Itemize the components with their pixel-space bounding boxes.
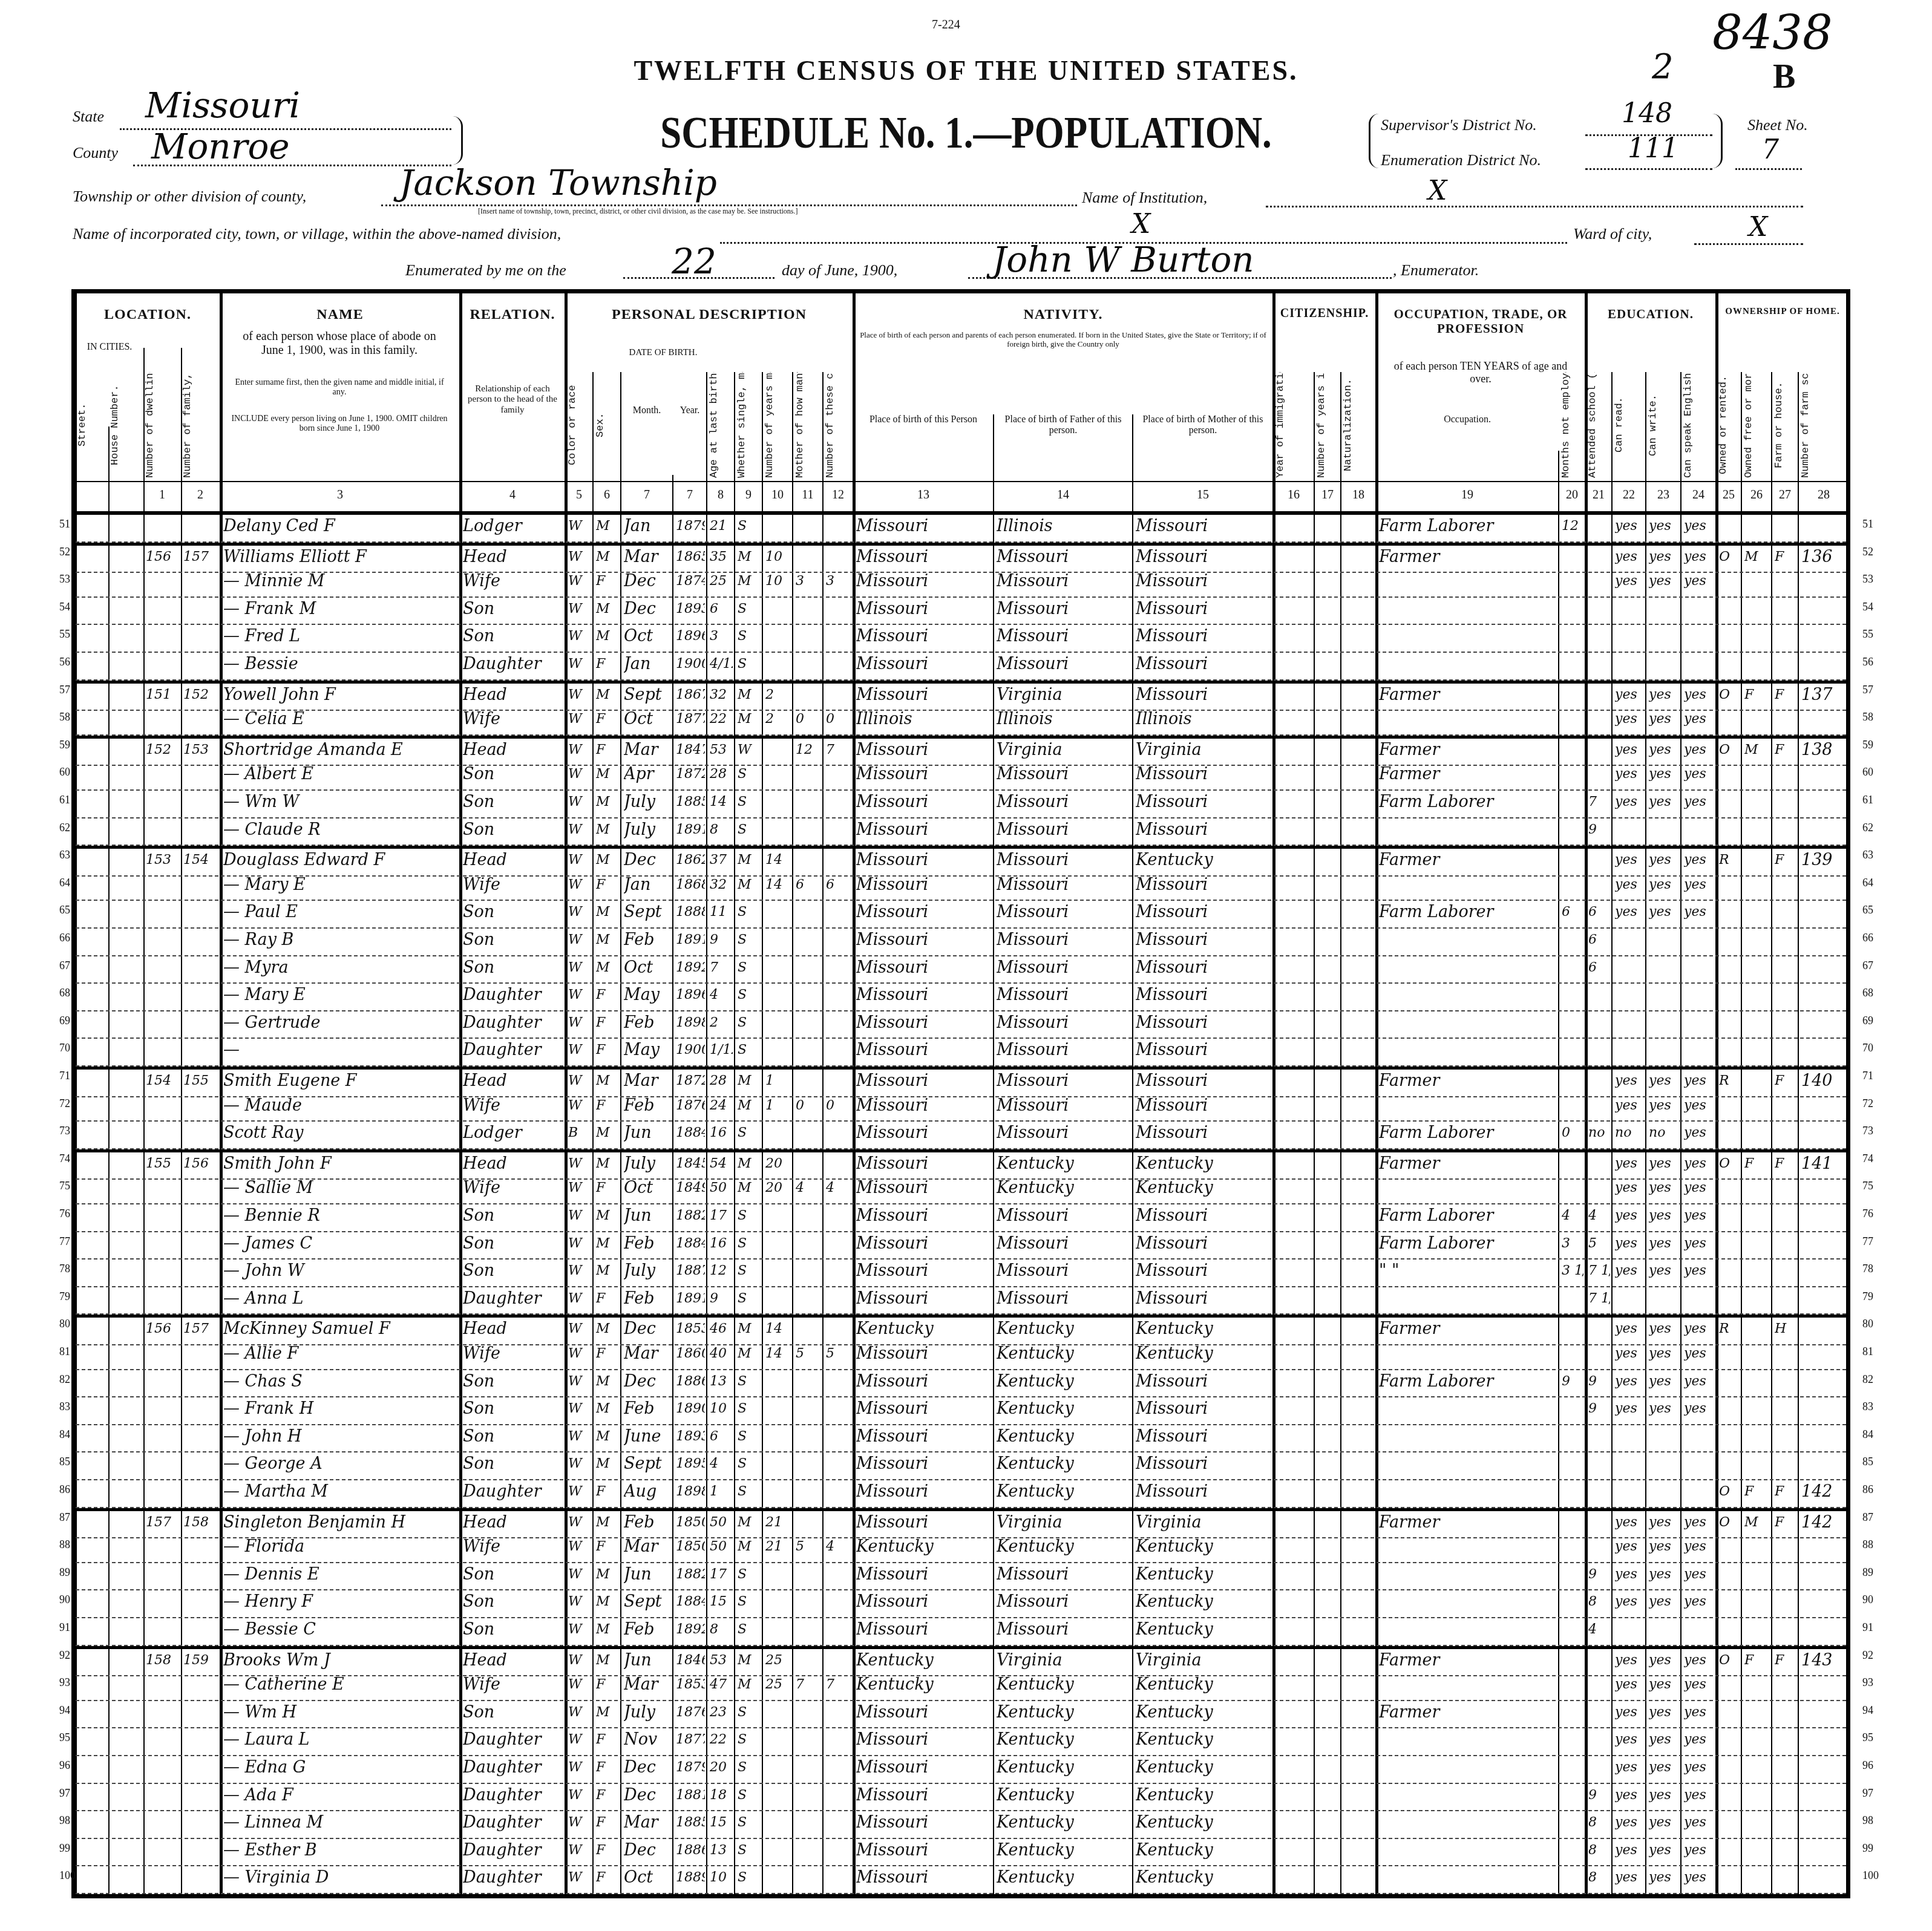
cell-farm: F <box>1775 740 1796 760</box>
line-number: 56 <box>59 656 70 668</box>
cell-english: yes <box>1684 1730 1714 1750</box>
line-number: 66 <box>1862 932 1873 944</box>
cell-month: Dec <box>624 1757 671 1778</box>
cell-family: 152 <box>183 685 218 705</box>
cell-age: 8 <box>710 820 733 840</box>
cell-mortgage: M <box>1744 1512 1770 1533</box>
line-number: 84 <box>59 1428 70 1441</box>
cell-year: 1853 <box>676 1319 705 1339</box>
cell-children-born: 5 <box>796 1537 821 1557</box>
cell-month: Mar <box>624 1071 671 1091</box>
cell-year: 1874 <box>676 571 705 592</box>
cell-write: yes <box>1649 709 1679 730</box>
column-number: 3 <box>221 488 459 502</box>
cell-age: 10 <box>710 1867 733 1888</box>
cell-read: yes <box>1615 875 1644 895</box>
header-name-instr-2: INCLUDE every person living on June 1, 1… <box>231 414 448 434</box>
cell-write: yes <box>1649 740 1679 760</box>
cell-occupation: " " <box>1379 1261 1557 1281</box>
cell-english: yes <box>1684 1344 1714 1364</box>
cell-relation: Wife <box>463 1675 563 1695</box>
table-row: — Anna LDaughterWFFeb18919SMissouriMisso… <box>76 1287 1846 1315</box>
cell-age: 7 <box>710 958 733 978</box>
cell-children-born: 3 <box>796 571 821 592</box>
cell-sex: M <box>596 1123 619 1143</box>
cell-schedule: 137 <box>1801 685 1847 705</box>
cell-english: yes <box>1684 1154 1714 1174</box>
line-number: 67 <box>1862 959 1873 972</box>
cell-name: — John W <box>223 1261 458 1281</box>
cell-birth-father: Kentucky <box>997 1812 1131 1833</box>
cell-month: Dec <box>624 1785 671 1806</box>
cell-read: yes <box>1615 1233 1644 1254</box>
cell-english: yes <box>1684 1206 1714 1226</box>
column-header: Color or race <box>567 372 591 478</box>
cell-age: 46 <box>710 1319 733 1339</box>
column-number: 6 <box>594 488 620 502</box>
cell-read: yes <box>1615 1564 1644 1585</box>
table-row: — Minnie MWifeWFDec187425M1033MissouriMi… <box>76 570 1846 598</box>
line-number: 51 <box>1862 518 1873 531</box>
cell-race: W <box>568 654 591 675</box>
cell-english: yes <box>1684 1512 1714 1533</box>
cell-birth-father: Missouri <box>997 654 1131 675</box>
cell-relation: Daughter <box>463 1013 563 1033</box>
cell-month: May <box>624 985 671 1005</box>
cell-write: yes <box>1649 1867 1679 1888</box>
cell-birth-mother: Missouri <box>1136 1289 1271 1309</box>
cell-birth-person: Illinois <box>856 709 992 730</box>
cell-birth-mother: Illinois <box>1136 709 1271 730</box>
cell-name: — Martha M <box>223 1482 458 1502</box>
table-row: — Chas SSonWMDec188613SMissouriKentuckyM… <box>76 1370 1846 1398</box>
cell-write: yes <box>1649 1592 1679 1612</box>
cell-year: 1845 <box>676 1154 705 1174</box>
line-number: 99 <box>59 1842 70 1855</box>
line-number: 72 <box>59 1097 70 1110</box>
cell-birth-person: Missouri <box>856 1123 992 1143</box>
cell-birth-person: Missouri <box>856 1730 992 1750</box>
cell-dwelling: 158 <box>146 1650 180 1671</box>
cell-read: no <box>1615 1123 1644 1143</box>
column-number: 8 <box>707 488 734 502</box>
cell-year: 1876 <box>676 1702 705 1723</box>
cell-write: yes <box>1649 1344 1679 1364</box>
cell-month: Oct <box>624 709 671 730</box>
cell-marital: S <box>738 1040 761 1060</box>
table-row: 157158Singleton Benjamin HHeadWMFeb18505… <box>76 1508 1846 1539</box>
cell-relation: Daughter <box>463 1785 563 1806</box>
cell-marital: S <box>738 985 761 1005</box>
header-ownership: OWNERSHIP OF HOME. <box>1717 307 1848 317</box>
cell-year: 1879 <box>676 1757 705 1778</box>
cell-read: yes <box>1615 1344 1644 1364</box>
cell-sex: M <box>596 626 619 647</box>
cell-name: — Ray B <box>223 930 458 950</box>
cell-year: 1881 <box>676 1785 705 1806</box>
cell-month: Sept <box>624 902 671 923</box>
cell-marital: S <box>738 1592 761 1612</box>
cell-race: W <box>568 902 591 923</box>
cell-yrs-married: 14 <box>765 875 791 895</box>
line-number: 71 <box>59 1070 70 1082</box>
table-row: — George ASonWMSept18954SMissouriKentuck… <box>76 1452 1846 1480</box>
cell-dwelling: 151 <box>146 685 180 705</box>
line-number: 86 <box>1862 1483 1873 1496</box>
cell-birth-father: Kentucky <box>997 1399 1131 1419</box>
cell-birth-mother: Missouri <box>1136 1233 1271 1254</box>
cell-read: yes <box>1615 1785 1644 1806</box>
column-number: 12 <box>824 488 853 502</box>
cell-name: Yowell John F <box>223 685 458 705</box>
cell-marital: S <box>738 1206 761 1226</box>
cell-race: W <box>568 1178 591 1198</box>
cell-write: yes <box>1649 902 1679 923</box>
table-row: — Paul ESonWMSept188811SMissouriMissouri… <box>76 901 1846 929</box>
cell-yrs-married: 14 <box>765 850 791 871</box>
cell-birth-person: Missouri <box>856 1071 992 1091</box>
cell-name: — Esther B <box>223 1840 458 1861</box>
cell-sex: F <box>596 1482 619 1502</box>
cell-name: — Bessie C <box>223 1619 458 1640</box>
cell-birth-father: Kentucky <box>997 1454 1131 1474</box>
cell-marital: S <box>738 1785 761 1806</box>
cell-english: yes <box>1684 685 1714 705</box>
line-number: 52 <box>1862 546 1873 558</box>
township-value: Jackson Township <box>399 162 717 203</box>
cell-race: W <box>568 1650 591 1671</box>
line-number: 65 <box>59 904 70 916</box>
cell-month: Feb <box>624 1233 671 1254</box>
cell-age: 35 <box>710 547 733 567</box>
sheet-line <box>1735 168 1802 170</box>
cell-birth-father: Missouri <box>997 792 1131 812</box>
cell-occupation: Farmer <box>1379 1154 1557 1174</box>
cell-race: W <box>568 1399 591 1419</box>
table-row: 155156Smith John FHeadWMJuly184554M20Mis… <box>76 1149 1846 1180</box>
column-number: 16 <box>1274 488 1314 502</box>
cell-name: — Laura L <box>223 1730 458 1750</box>
cell-birth-father: Kentucky <box>997 1785 1131 1806</box>
cell-race: W <box>568 1592 591 1612</box>
cell-relation: Son <box>463 764 563 785</box>
column-header: Number of family, in the order of visita… <box>182 372 218 478</box>
line-number: 80 <box>1862 1318 1873 1330</box>
cell-read: yes <box>1615 764 1644 785</box>
table-row: — Frank MSonWMDec18936SMissouriMissouriM… <box>76 598 1846 626</box>
cell-marital: S <box>738 930 761 950</box>
cell-relation: Daughter <box>463 654 563 675</box>
cell-children-born: 0 <box>796 1096 821 1116</box>
cell-month: Dec <box>624 599 671 619</box>
table-row: — Virginia DDaughterWFOct188910SMissouri… <box>76 1866 1846 1894</box>
column-header: Number of these children living <box>825 372 851 478</box>
cell-months-unemp: 3 <box>1562 1233 1583 1254</box>
cell-race: W <box>568 1371 591 1392</box>
cell-sex: M <box>596 599 619 619</box>
table-row: — Martha MDaughterWFAug18981SMissouriKen… <box>76 1480 1846 1508</box>
cell-month: Jun <box>624 1206 671 1226</box>
cell-read: yes <box>1615 1592 1644 1612</box>
cell-birth-father: Missouri <box>997 1289 1131 1309</box>
cell-family: 156 <box>183 1154 218 1174</box>
cell-write: yes <box>1649 875 1679 895</box>
cell-age: 9 <box>710 1289 733 1309</box>
cell-yrs-married: 14 <box>765 1344 791 1364</box>
cell-yrs-married: 21 <box>765 1537 791 1557</box>
cell-birth-person: Missouri <box>856 902 992 923</box>
cell-birth-mother: Kentucky <box>1136 1537 1271 1557</box>
cell-sex: F <box>596 1675 619 1695</box>
cell-school: 4 <box>1588 1619 1610 1640</box>
cell-name: Shortridge Amanda E <box>223 740 458 760</box>
cell-relation: Son <box>463 1619 563 1640</box>
cell-name: — Gertrude <box>223 1013 458 1033</box>
cell-relation: Daughter <box>463 1867 563 1888</box>
cell-month: Dec <box>624 571 671 592</box>
cell-race: W <box>568 1675 591 1695</box>
line-number: 88 <box>59 1538 70 1551</box>
cell-name: Douglass Edward F <box>223 850 458 871</box>
line-number: 79 <box>1862 1290 1873 1303</box>
cell-months-unemp: 12 <box>1562 516 1583 537</box>
cell-birth-person: Missouri <box>856 626 992 647</box>
cell-race: W <box>568 626 591 647</box>
cell-birth-person: Missouri <box>856 1619 992 1640</box>
cell-age: 14 <box>710 792 733 812</box>
cell-race: W <box>568 764 591 785</box>
column-header: Occupation. <box>1378 414 1557 425</box>
cell-birth-mother: Missouri <box>1136 626 1271 647</box>
cell-relation: Daughter <box>463 1289 563 1309</box>
table-row: — Bessie CSonWMFeb18928SMissouriMissouri… <box>76 1618 1846 1646</box>
cell-year: 1850 <box>676 1537 705 1557</box>
cell-age: 2 <box>710 1013 733 1033</box>
cell-occupation: Farmer <box>1379 547 1557 567</box>
cell-race: W <box>568 850 591 871</box>
cell-english: yes <box>1684 571 1714 592</box>
cell-occupation: Farmer <box>1379 740 1557 760</box>
cell-race: W <box>568 820 591 840</box>
cell-birth-mother: Kentucky <box>1136 1702 1271 1723</box>
line-number: 84 <box>1862 1428 1873 1441</box>
cell-month: Mar <box>624 1812 671 1833</box>
cell-name: Singleton Benjamin H <box>223 1512 458 1533</box>
enumerated-prefix: Enumerated by me on the <box>405 261 566 279</box>
table-row: — Celia EWifeWFOct187722M200IllinoisIlli… <box>76 708 1846 736</box>
cell-race: W <box>568 1233 591 1254</box>
cell-read: yes <box>1615 902 1644 923</box>
cell-sex: M <box>596 547 619 567</box>
cell-read: yes <box>1615 1812 1644 1833</box>
cell-marital: S <box>738 1812 761 1833</box>
cell-read: yes <box>1615 1840 1644 1861</box>
cell-year: 1884 <box>676 1592 705 1612</box>
cell-birth-father: Kentucky <box>997 1702 1131 1723</box>
cell-year: 1872 <box>676 764 705 785</box>
cell-birth-mother: Kentucky <box>1136 1812 1271 1833</box>
cell-family: 155 <box>183 1071 218 1091</box>
cell-read: yes <box>1615 1675 1644 1695</box>
column-number: 20 <box>1559 488 1585 502</box>
cell-read: yes <box>1615 1206 1644 1226</box>
cell-year: 1900 <box>676 1040 705 1060</box>
cell-race: W <box>568 875 591 895</box>
cell-birth-father: Missouri <box>997 850 1131 871</box>
cell-year: 1889 <box>676 1867 705 1888</box>
cell-sex: M <box>596 850 619 871</box>
cell-write: yes <box>1649 850 1679 871</box>
cell-occupation: Farm Laborer <box>1379 902 1557 923</box>
cell-birth-father: Kentucky <box>997 1154 1131 1174</box>
cell-race: W <box>568 1289 591 1309</box>
cell-english: yes <box>1684 709 1714 730</box>
cell-name: — Allie F <box>223 1344 458 1364</box>
cell-yrs-married: 25 <box>765 1650 791 1671</box>
line-number: 66 <box>59 932 70 944</box>
cell-age: 12 <box>710 1261 733 1281</box>
cell-birth-father: Missouri <box>997 1619 1131 1640</box>
cell-birth-mother: Missouri <box>1136 875 1271 895</box>
cell-children-born: 6 <box>796 875 821 895</box>
line-number: 83 <box>1862 1400 1873 1413</box>
cell-year: 1890 <box>676 1399 705 1419</box>
cell-relation: Son <box>463 1426 563 1447</box>
cell-birth-father: Missouri <box>997 1013 1131 1033</box>
cell-birth-father: Missouri <box>997 902 1131 923</box>
city-value: X <box>1131 209 1150 240</box>
cell-relation: Wife <box>463 1344 563 1364</box>
line-number: 100 <box>59 1869 76 1882</box>
column-number: 14 <box>994 488 1132 502</box>
cell-marital: M <box>738 571 761 592</box>
table-row: — Dennis ESonWMJun188217SMissouriMissour… <box>76 1563 1846 1591</box>
township-line <box>381 204 1077 206</box>
cell-marital: S <box>738 764 761 785</box>
cell-race: W <box>568 1454 591 1474</box>
cell-read: yes <box>1615 1319 1644 1339</box>
cell-marital: S <box>738 1123 761 1143</box>
cell-name: — George A <box>223 1454 458 1474</box>
line-number: 59 <box>1862 739 1873 751</box>
cell-english: yes <box>1684 1178 1714 1198</box>
cell-marital: S <box>738 1013 761 1033</box>
cell-english: yes <box>1684 902 1714 923</box>
cell-relation: Daughter <box>463 1757 563 1778</box>
header-name: NAME <box>221 307 459 324</box>
cell-relation: Wife <box>463 1178 563 1198</box>
cell-sex: M <box>596 1071 619 1091</box>
cell-relation: Wife <box>463 875 563 895</box>
column-header: Naturalization. <box>1343 372 1374 478</box>
cell-write: yes <box>1649 516 1679 537</box>
column-number: 17 <box>1315 488 1340 502</box>
enumerated-suffix: day of June, 1900, <box>782 261 897 279</box>
cell-sex: M <box>596 1702 619 1723</box>
cell-race: B <box>568 1123 591 1143</box>
cell-birth-person: Missouri <box>856 764 992 785</box>
line-number: 78 <box>59 1263 70 1275</box>
table-row: — Laura LDaughterWFNov187722SMissouriKen… <box>76 1728 1846 1756</box>
city-label: Name of incorporated city, town, or vill… <box>73 225 561 243</box>
cell-name: — Ada F <box>223 1785 458 1806</box>
cell-school: 9 <box>1588 820 1610 840</box>
cell-marital: M <box>738 1344 761 1364</box>
column-header: Can write. <box>1648 372 1679 478</box>
cell-english: yes <box>1684 1096 1714 1116</box>
cell-relation: Head <box>463 1319 563 1339</box>
table-row: — Mary EWifeWFJan186832M1466MissouriMiss… <box>76 874 1846 901</box>
cell-children-living: 3 <box>826 571 851 592</box>
cell-school: 4 <box>1588 1206 1610 1226</box>
cell-month: Feb <box>624 1399 671 1419</box>
cell-english: yes <box>1684 1840 1714 1861</box>
cell-schedule: 136 <box>1801 547 1847 567</box>
line-number: 93 <box>59 1676 70 1689</box>
cell-birth-mother: Missouri <box>1136 1482 1271 1502</box>
line-number: 64 <box>1862 877 1873 889</box>
cell-marital: M <box>738 1675 761 1695</box>
stamp-number: 8438 <box>1712 6 1833 60</box>
cell-children-living: 4 <box>826 1537 851 1557</box>
column-header: Attended school (in months) <box>1587 372 1610 478</box>
cell-race: W <box>568 599 591 619</box>
cell-relation: Head <box>463 1650 563 1671</box>
cell-race: W <box>568 1537 591 1557</box>
cell-name: Smith Eugene F <box>223 1071 458 1091</box>
cell-occupation: Farm Laborer <box>1379 1233 1557 1254</box>
cell-relation: Head <box>463 1071 563 1091</box>
cell-month: Feb <box>624 1096 671 1116</box>
cell-write: yes <box>1649 764 1679 785</box>
cell-name: — Virginia D <box>223 1867 458 1888</box>
cell-age: 10 <box>710 1399 733 1419</box>
cell-birth-person: Kentucky <box>856 1319 992 1339</box>
cell-children-living: 0 <box>826 709 851 730</box>
column-number: 2 <box>181 488 220 502</box>
cell-birth-person: Missouri <box>856 985 992 1005</box>
cell-age: 37 <box>710 850 733 871</box>
cell-children-born: 5 <box>796 1344 821 1364</box>
cell-read: yes <box>1615 1650 1644 1671</box>
table-row: — GertrudeDaughterWFFeb18982SMissouriMis… <box>76 1011 1846 1039</box>
cell-birth-mother: Kentucky <box>1136 1785 1271 1806</box>
line-number: 87 <box>59 1511 70 1524</box>
cell-birth-mother: Kentucky <box>1136 1319 1271 1339</box>
cell-write: yes <box>1649 1702 1679 1723</box>
cell-birth-father: Missouri <box>997 1261 1131 1281</box>
cell-occupation: Farmer <box>1379 1319 1557 1339</box>
table-row: — Claude RSonWMJuly18918SMissouriMissour… <box>76 818 1846 846</box>
cell-english: yes <box>1684 850 1714 871</box>
column-number: 9 <box>735 488 762 502</box>
cell-marital: S <box>738 1702 761 1723</box>
cell-birth-person: Missouri <box>856 1785 992 1806</box>
cell-age: 16 <box>710 1233 733 1254</box>
column-number: 18 <box>1341 488 1375 502</box>
column-number: 24 <box>1681 488 1715 502</box>
cell-write: yes <box>1649 1512 1679 1533</box>
cell-family: 157 <box>183 1319 218 1339</box>
cell-read: yes <box>1615 1537 1644 1557</box>
cell-owned: O <box>1719 547 1740 567</box>
cell-birth-person: Missouri <box>856 1592 992 1612</box>
cell-birth-mother: Kentucky <box>1136 1730 1271 1750</box>
table-row: — John HSonWMJune18936SMissouriKentuckyM… <box>76 1425 1846 1453</box>
cell-birth-father: Kentucky <box>997 1178 1131 1198</box>
cell-family: 158 <box>183 1512 218 1533</box>
cell-relation: Son <box>463 1261 563 1281</box>
